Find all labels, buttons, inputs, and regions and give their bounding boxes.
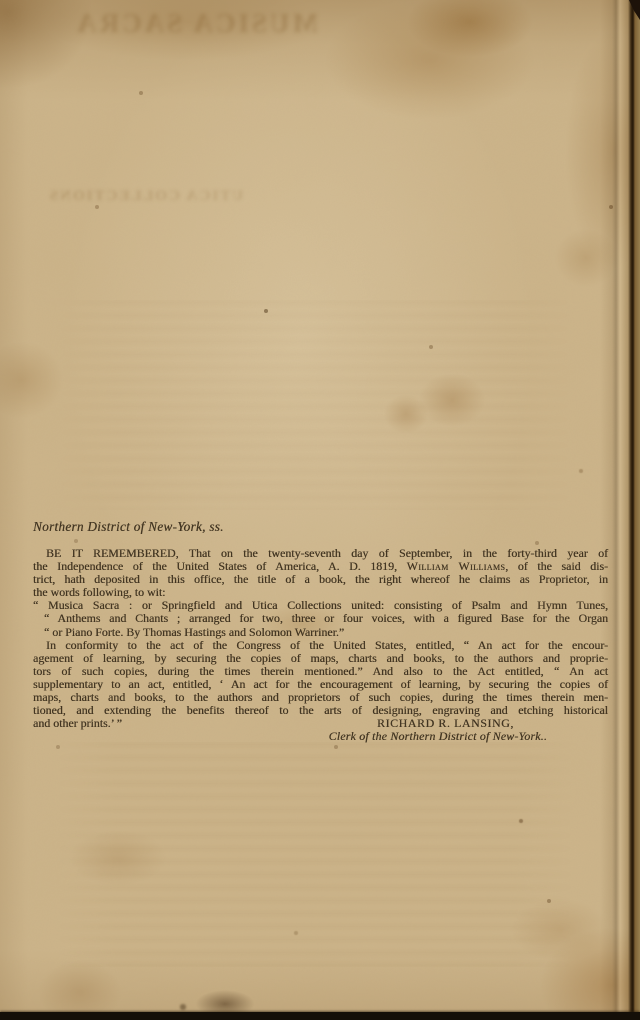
page-edge-right [600, 0, 640, 1020]
foxing-specks [0, 0, 2, 2]
notice-line-segment: the Independence of the United States of… [33, 559, 407, 573]
book-title-line: “ or Piano Forte. By Thomas Hastings and… [33, 626, 608, 639]
signature-row: and other prints.’ ” RICHARD R. LANSING, [33, 717, 608, 730]
book-title-line: “ Anthems and Chants ; arranged for two,… [33, 612, 608, 625]
notice-line: and other prints.’ ” [33, 716, 122, 730]
clerk-signature: RICHARD R. LANSING, [377, 717, 514, 730]
notice-line: agement of learning, by securing the cop… [33, 652, 608, 665]
bleed-through-title: MUSICA SACRA [88, 8, 318, 39]
notice-line: In conformity to the act of the Congress… [33, 639, 608, 652]
copyright-notice: Northern District of New-York, ss. BE IT… [33, 519, 608, 744]
clerk-title: Clerk of the Northern District of New-Yo… [33, 730, 608, 744]
district-heading: Northern District of New-York, ss. [33, 519, 608, 535]
proprietor-name: William Williams [407, 559, 506, 573]
bleed-through-lines-lower [55, 742, 575, 967]
bleed-through-subtitle: UTICA COLLECTIONS [38, 188, 253, 205]
bleed-through-lines-upper [55, 300, 575, 510]
book-page: MUSICA SACRA UTICA COLLECTIONS Northern … [0, 0, 640, 1020]
paper-grain-texture [0, 0, 640, 1020]
notice-line-segment: , of the said dis- [505, 559, 608, 573]
binding-notch [627, 0, 640, 20]
scan-edge-bottom [0, 1012, 640, 1020]
notice-line: tors of such copies, during the times th… [33, 665, 608, 678]
